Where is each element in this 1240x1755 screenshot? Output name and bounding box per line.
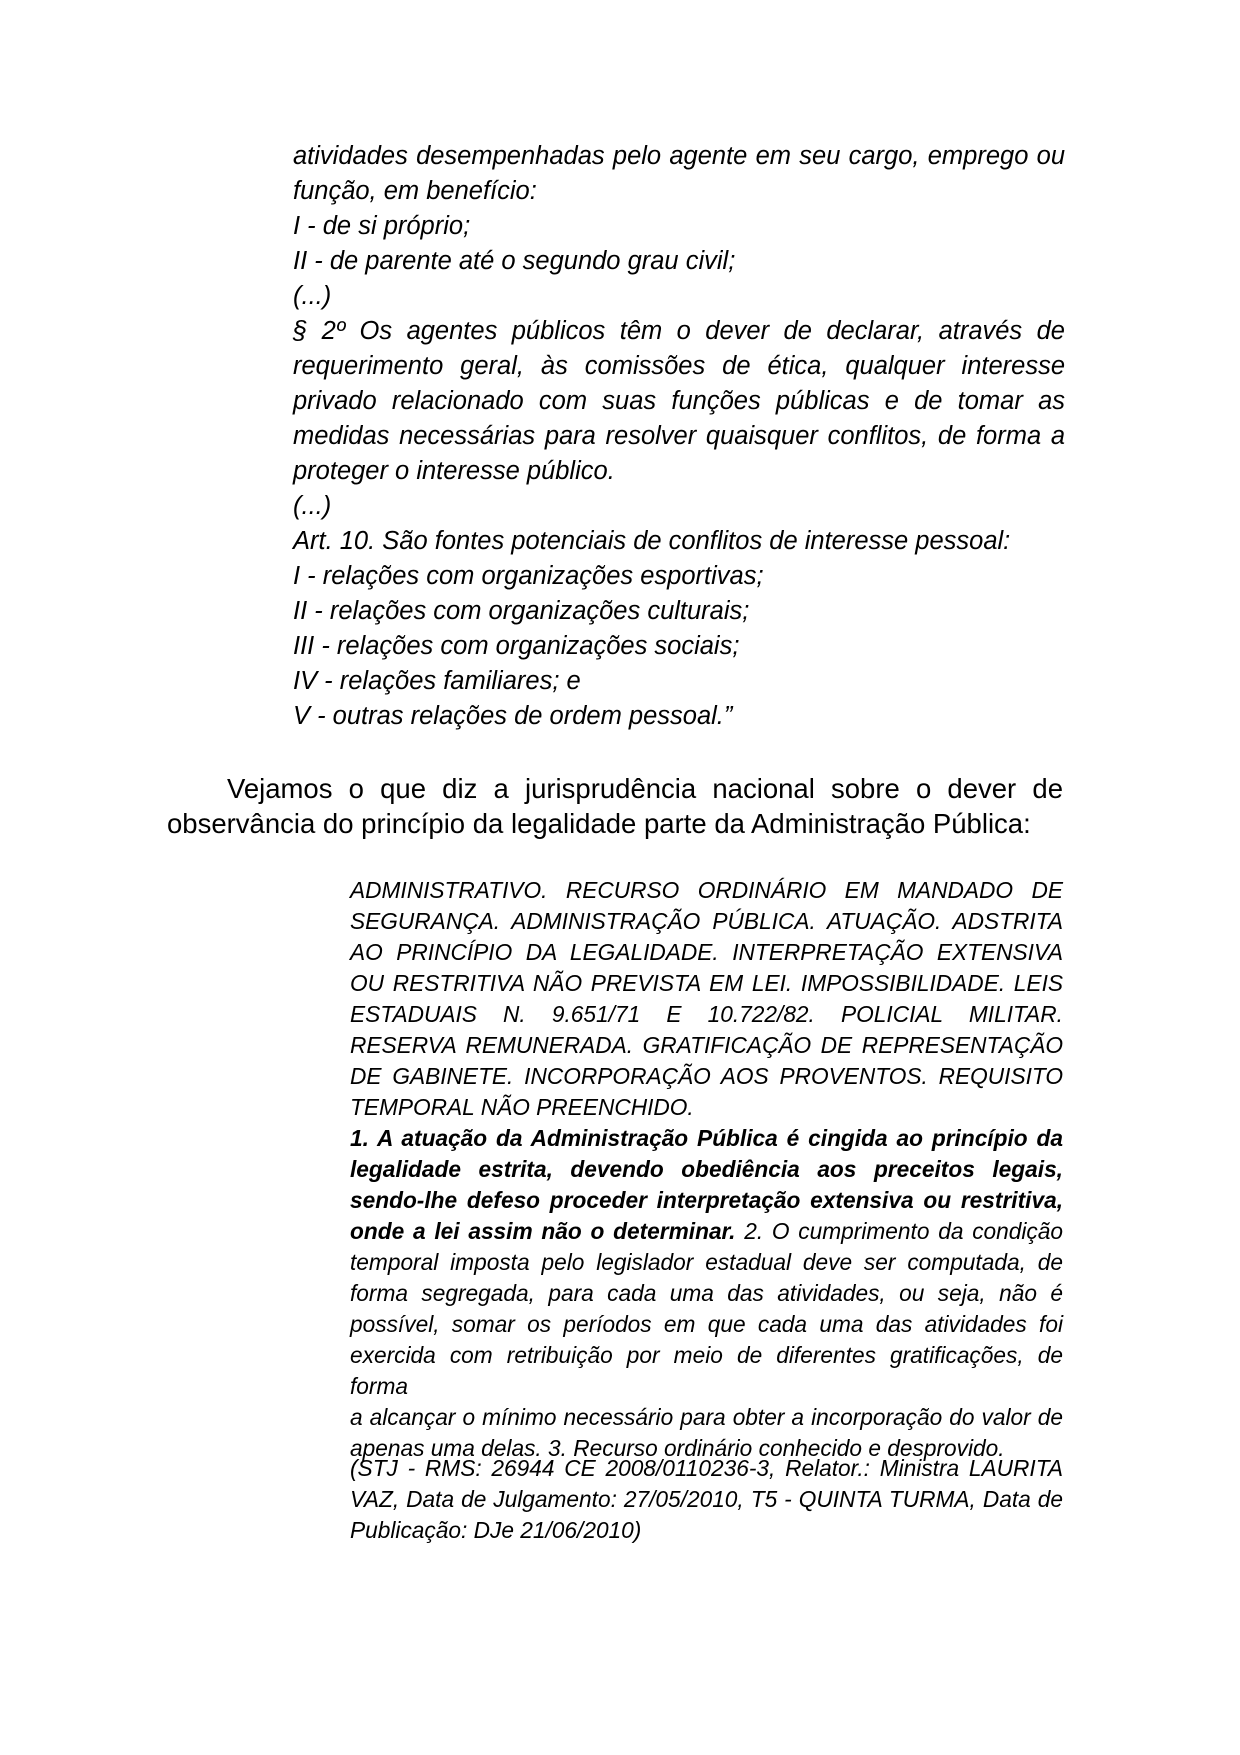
text-line: RESERVA REMUNERADA. GRATIFICAÇÃO DE REPR… — [350, 1030, 1063, 1061]
citation-block: (STJ - RMS: 26944 CE 2008/0110236-3, Rel… — [350, 1453, 1063, 1546]
text-line: AO PRINCÍPIO DA LEGALIDADE. INTERPRETAÇÃ… — [350, 937, 1063, 968]
text-segment: exercida com retribuição por meio de dif… — [350, 1342, 1063, 1399]
text-line: (...) — [293, 279, 1065, 314]
text-line: privado relacionado com suas funções púb… — [293, 384, 1065, 419]
text-line: III - relações com organizações sociais; — [293, 629, 1065, 664]
text-line: sendo-lhe defeso proceder interpretação … — [350, 1185, 1063, 1216]
text-line: ESTADUAIS N. 9.651/71 E 10.722/82. POLIC… — [350, 999, 1063, 1030]
text-line: TEMPORAL NÃO PREENCHIDO. — [350, 1092, 1063, 1123]
text-line: I - de si próprio; — [293, 209, 1065, 244]
text-line: medidas necessárias para resolver quaisq… — [293, 419, 1065, 454]
text-line: 1. A atuação da Administração Pública é … — [350, 1123, 1063, 1154]
text-line: VAZ, Data de Julgamento: 27/05/2010, T5 … — [350, 1484, 1063, 1515]
text-line: a alcançar o mínimo necessário para obte… — [350, 1402, 1063, 1433]
text-line: V - outras relações de ordem pessoal.” — [293, 699, 1065, 734]
bold-text-segment: onde a lei assim não o determinar. — [350, 1218, 735, 1244]
body-paragraph: Vejamos o que diz a jurisprudência nacio… — [167, 771, 1063, 841]
bold-text-segment: sendo-lhe defeso proceder interpretação … — [350, 1187, 1063, 1213]
text-line: § 2º Os agentes públicos têm o dever de … — [293, 314, 1065, 349]
text-line: legalidade estrita, devendo obediência a… — [350, 1154, 1063, 1185]
text-line: Vejamos o que diz a jurisprudência nacio… — [167, 771, 1063, 806]
jurisprudence-quote-block: ADMINISTRATIVO. RECURSO ORDINÁRIO EM MAN… — [350, 875, 1063, 1464]
text-line: proteger o interesse público. — [293, 454, 1065, 489]
text-segment: 2. O cumprimento da condição — [735, 1218, 1063, 1244]
text-line: onde a lei assim não o determinar. 2. O … — [350, 1216, 1063, 1247]
text-line: forma segregada, para cada uma das ativi… — [350, 1278, 1063, 1309]
text-line: exercida com retribuição por meio de dif… — [350, 1340, 1063, 1402]
text-line: possível, somar os períodos em que cada … — [350, 1309, 1063, 1340]
text-line: II - relações com organizações culturais… — [293, 594, 1065, 629]
text-line: DE GABINETE. INCORPORAÇÃO AOS PROVENTOS.… — [350, 1061, 1063, 1092]
text-line: (...) — [293, 489, 1065, 524]
bold-text-segment: 1. A atuação da Administração Pública é … — [350, 1125, 1063, 1151]
text-line: I - relações com organizações esportivas… — [293, 559, 1065, 594]
bold-text-segment: legalidade estrita, devendo obediência a… — [350, 1156, 1063, 1182]
text-line: Art. 10. São fontes potenciais de confli… — [293, 524, 1065, 559]
text-line: OU RESTRITIVA NÃO PREVISTA EM LEI. IMPOS… — [350, 968, 1063, 999]
text-line: requerimento geral, às comissões de étic… — [293, 349, 1065, 384]
text-line: IV - relações familiares; e — [293, 664, 1065, 699]
text-segment: temporal imposta pelo legislador estadua… — [350, 1249, 1063, 1275]
text-line: II - de parente até o segundo grau civil… — [293, 244, 1065, 279]
text-line: (STJ - RMS: 26944 CE 2008/0110236-3, Rel… — [350, 1453, 1063, 1484]
text-line: Publicação: DJe 21/06/2010) — [350, 1515, 1063, 1546]
document-page: atividades desempenhadas pelo agente em … — [0, 0, 1240, 1755]
text-line: SEGURANÇA. ADMINISTRAÇÃO PÚBLICA. ATUAÇÃ… — [350, 906, 1063, 937]
text-segment: forma segregada, para cada uma das ativi… — [350, 1280, 1063, 1306]
text-line: atividades desempenhadas pelo agente em … — [293, 139, 1065, 174]
text-segment: a alcançar o mínimo necessário para obte… — [350, 1404, 1063, 1430]
text-line: observância do princípio da legalidade p… — [167, 806, 1063, 841]
text-line: ADMINISTRATIVO. RECURSO ORDINÁRIO EM MAN… — [350, 875, 1063, 906]
law-quote-block: atividades desempenhadas pelo agente em … — [293, 139, 1065, 734]
text-line: função, em benefício: — [293, 174, 1065, 209]
text-segment: possível, somar os períodos em que cada … — [350, 1311, 1063, 1337]
text-line: temporal imposta pelo legislador estadua… — [350, 1247, 1063, 1278]
